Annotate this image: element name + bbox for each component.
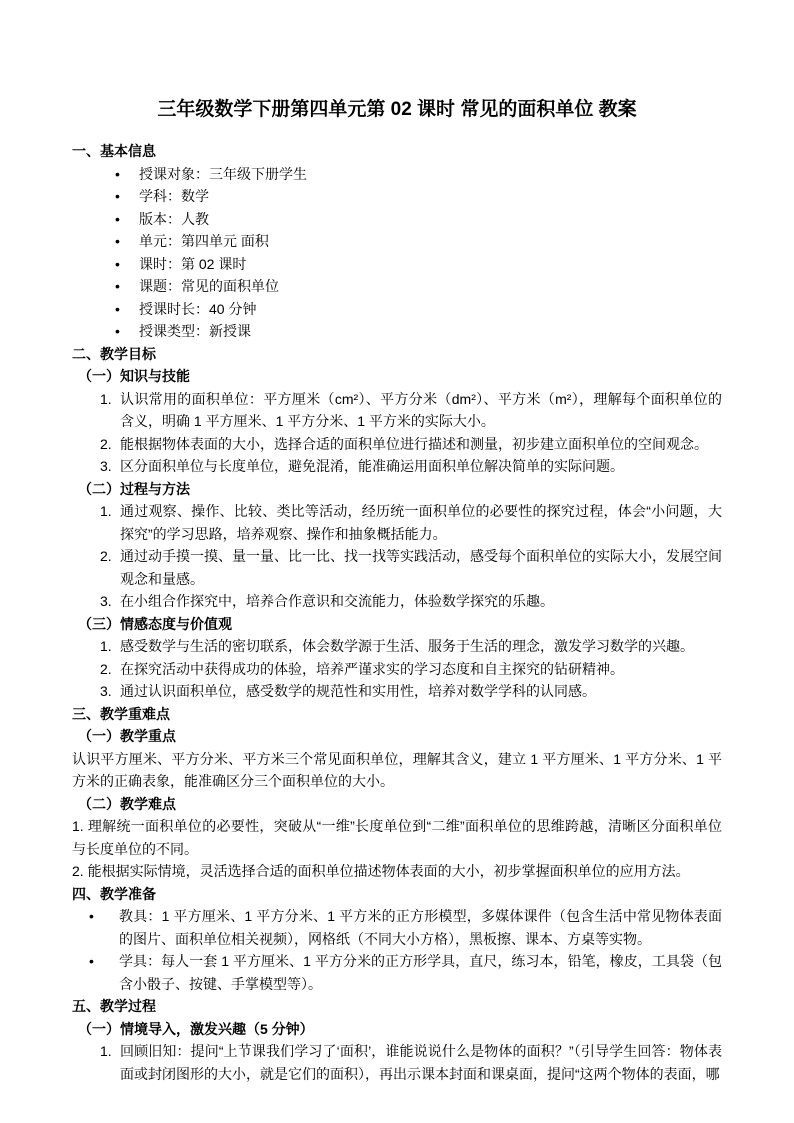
item-number: 3. [100,455,120,478]
bullet-icon: • [89,905,119,928]
item-text: 通过认识面积单位，感受数学的规范性和实用性，培养对数学学科的认同感。 [120,680,722,703]
list-item: •版本：人教 [72,208,722,231]
section-heading-key-difficult-points: 三、教学重难点 [72,703,722,726]
paragraph: 2. 能根据实际情境，灵活选择合适的面积单位描述物体表面的大小，初步掌握面积单位… [72,860,722,883]
numbered-item: 2.在探究活动中获得成功的体验，培养严谨求实的学习态度和自主探究的钻研精神。 [72,658,722,681]
bullet-icon: • [89,950,119,973]
list-item: •课题：常见的面积单位 [72,275,722,298]
bullet-icon: • [115,298,139,321]
numbered-item: 3.在小组合作探究中，培养合作意识和交流能力，体验数学探究的乐趣。 [72,590,722,613]
list-item-text: 学具：每人一套 1 平方厘米、1 平方分米的正方形学具，直尺，练习本，铅笔，橡皮… [119,950,722,995]
list-item: •单元：第四单元 面积 [72,230,722,253]
item-number: 1. [100,635,120,658]
item-number: 2. [100,433,120,456]
numbered-item: 2.能根据物体表面的大小，选择合适的面积单位进行描述和测量，初步建立面积单位的空… [72,433,722,456]
subsection-heading-knowledge-skills: （一）知识与技能 [72,365,722,388]
subsection-heading-key-points: （一）教学重点 [72,725,722,748]
bullet-icon: • [115,275,139,298]
document-title: 三年级数学下册第四单元第 02 课时 常见的面积单位 教案 [72,97,722,123]
subsection-heading-emotion-values: （三）情感态度与价值观 [72,613,722,636]
list-item-text: 版本：人教 [139,208,722,231]
bullet-icon: • [115,320,139,343]
bullet-icon: • [115,230,139,253]
list-item-text: 授课对象：三年级下册学生 [139,163,722,186]
item-number: 1. [100,500,120,523]
numbered-item: 3.区分面积单位与长度单位，避免混淆，能准确运用面积单位解决简单的实际问题。 [72,455,722,478]
item-number: 2. [100,545,120,568]
item-number: 3. [100,590,120,613]
item-text: 区分面积单位与长度单位，避免混淆，能准确运用面积单位解决简单的实际问题。 [120,455,722,478]
section-heading-preparation: 四、教学准备 [72,883,722,906]
list-item: •课时：第 02 课时 [72,253,722,276]
numbered-item: 1.回顾旧知：提问“上节课我们学习了‘面积’，谁能说说什么是物体的面积？”（引导… [72,1040,722,1085]
section-heading-teaching-goals: 二、教学目标 [72,343,722,366]
list-item-text: 学科：数学 [139,185,722,208]
bullet-icon: • [115,208,139,231]
item-text: 通过观察、操作、比较、类比等活动，经历统一面积单位的必要性的探究过程，体会“小问… [120,500,722,545]
item-text: 在探究活动中获得成功的体验，培养严谨求实的学习态度和自主探究的钻研精神。 [120,658,722,681]
item-number: 3. [100,680,120,703]
item-text: 在小组合作探究中，培养合作意识和交流能力，体验数学探究的乐趣。 [120,590,722,613]
paragraph: 认识平方厘米、平方分米、平方米三个常见面积单位，理解其含义，建立 1 平方厘米、… [72,748,722,793]
item-number: 1. [100,1040,120,1063]
bullet-icon: • [115,185,139,208]
numbered-item: 1.感受数学与生活的密切联系，体会数学源于生活、服务于生活的理念，激发学习数学的… [72,635,722,658]
list-item: •授课类型：新授课 [72,320,722,343]
item-text: 认识常用的面积单位：平方厘米（cm²）、平方分米（dm²）、平方米（m²），理解… [120,388,722,433]
bullet-icon: • [115,253,139,276]
item-text: 回顾旧知：提问“上节课我们学习了‘面积’，谁能说说什么是物体的面积？”（引导学生… [120,1040,722,1085]
subsection-heading-difficult-points: （二）教学难点 [72,793,722,816]
list-item-text: 授课类型：新授课 [139,320,722,343]
numbered-item: 1.认识常用的面积单位：平方厘米（cm²）、平方分米（dm²）、平方米（m²），… [72,388,722,433]
numbered-item: 1.通过观察、操作、比较、类比等活动，经历统一面积单位的必要性的探究过程，体会“… [72,500,722,545]
subsection-heading-situation-intro: （一）情境导入，激发兴趣（5 分钟） [72,1018,722,1041]
item-number: 2. [100,658,120,681]
section-heading-teaching-process: 五、教学过程 [72,995,722,1018]
item-text: 通过动手摸一摸、量一量、比一比、找一找等实践活动，感受每个面积单位的实际大小，发… [120,545,722,590]
item-text: 能根据物体表面的大小，选择合适的面积单位进行描述和测量，初步建立面积单位的空间观… [120,433,722,456]
bullet-icon: • [115,163,139,186]
paragraph: 1. 理解统一面积单位的必要性，突破从“一维”长度单位到“二维”面积单位的思维跨… [72,815,722,860]
list-item-text: 教具：1 平方厘米、1 平方分米、1 平方米的正方形模型，多媒体课件（包含生活中… [119,905,722,950]
list-item: •教具：1 平方厘米、1 平方分米、1 平方米的正方形模型，多媒体课件（包含生活… [72,905,722,950]
list-item: •学具：每人一套 1 平方厘米、1 平方分米的正方形学具，直尺，练习本，铅笔，橡… [72,950,722,995]
list-item: •学科：数学 [72,185,722,208]
item-text: 感受数学与生活的密切联系，体会数学源于生活、服务于生活的理念，激发学习数学的兴趣… [120,635,722,658]
list-item-text: 授课时长：40 分钟 [139,298,722,321]
list-item-text: 单元：第四单元 面积 [139,230,722,253]
document-page: 三年级数学下册第四单元第 02 课时 常见的面积单位 教案 一、基本信息 •授课… [0,0,794,1123]
numbered-item: 2.通过动手摸一摸、量一量、比一比、找一找等实践活动，感受每个面积单位的实际大小… [72,545,722,590]
list-item-text: 课时：第 02 课时 [139,253,722,276]
subsection-heading-process-method: （二）过程与方法 [72,478,722,501]
list-item: •授课时长：40 分钟 [72,298,722,321]
numbered-item: 3.通过认识面积单位，感受数学的规范性和实用性，培养对数学学科的认同感。 [72,680,722,703]
list-item: •授课对象：三年级下册学生 [72,163,722,186]
section-heading-basic-info: 一、基本信息 [72,140,722,163]
list-item-text: 课题：常见的面积单位 [139,275,722,298]
item-number: 1. [100,388,120,411]
